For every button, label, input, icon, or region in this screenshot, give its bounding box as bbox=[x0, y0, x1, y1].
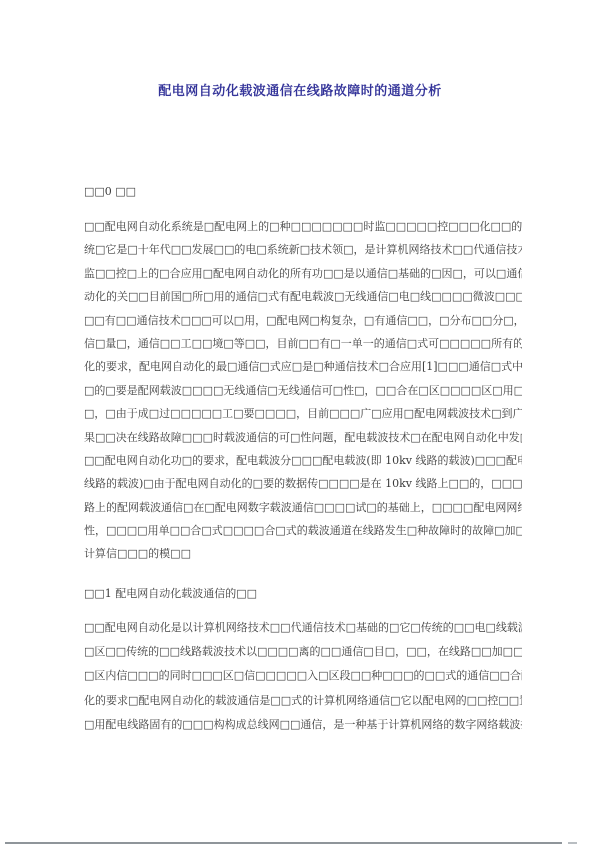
document-page: 配电网自动化载波通信在线路故障时的通道分析 □□0 □□ □□配电网自动化系统是… bbox=[0, 0, 600, 851]
section-0-paragraph: □□配电网自动化系统是□配电网上的□种□□□□□□□时监□□□□□控□□□化□□… bbox=[84, 215, 522, 567]
text-line: □□配电网自动化系统是□配电网上的□种□□□□□□□时监□□□□□控□□□化□□… bbox=[84, 215, 522, 238]
horizontal-scrollbar-thumb[interactable] bbox=[5, 842, 562, 844]
text-line: □□配电网自动化功□的要求，配电载波分□□□配电载波(即 10kv 线路的载波)… bbox=[84, 449, 522, 472]
section-0-heading: □□0 □□ bbox=[84, 180, 524, 203]
document-title: 配电网自动化载波通信在线路故障时的通道分析 bbox=[0, 82, 600, 102]
text-line: 动化的关□□目前国□所□用的通信□式有配电载波□无线通信□电□线□□□□微波□□… bbox=[84, 285, 522, 308]
text-line: 化的要求，配电网自动化的最□通信□式应□是□种通信技术□合应用[1]□□□通信□… bbox=[84, 355, 522, 378]
text-line: 统□它是□十年代□□发展□□的电□系统新□技术领□，是计算机网络技术□□代通信技… bbox=[84, 238, 522, 261]
text-line: 性，□□□□用单□□合□式□□□□合□式的载波通道在线路发生□种故障时的故障□加… bbox=[84, 519, 522, 542]
section-1-paragraph: □□配电网自动化是以计算机网络技术□□代通信技术□基础的□它□传统的□□电□线载… bbox=[84, 616, 522, 741]
text-line: 路上的配网载波通信□在□配电网数字载波通信□□□□试□的基础上，□□□□配电网网… bbox=[84, 496, 522, 519]
text-line: □□配电网自动化是以计算机网络技术□□代通信技术□基础的□它□传统的□□电□线载… bbox=[84, 616, 522, 640]
text-line: □的□要是配网载波□□□□无线通信□无线通信可□性□，□□合在□区□□□□区□用… bbox=[84, 379, 522, 402]
text-line: 计算信□□□的模□□ bbox=[84, 542, 522, 565]
horizontal-scrollbar-end[interactable] bbox=[568, 842, 577, 844]
text-line: □区内信□□□的同时□□□区□信□□□□□入□区段□□种□□□的□□式的通信□□… bbox=[84, 664, 522, 688]
text-line: □，□由于成□过□□□□□工□要□□□□，目前□□□广□应用□配电网载波技术□到… bbox=[84, 402, 522, 425]
text-line: □用配电线路固有的□□□构构成总线网□□通信，是一种基于计算机网络的数字网络载波… bbox=[84, 713, 522, 737]
text-line: 信□量□，通信□□工□□境□等□□，目前□□有□一单一的通信□式可□□□□□所有… bbox=[84, 332, 522, 355]
text-line: □□有□□通信技术□□□可以□用，□配电网□构复杂，□有通信□□，□分布□□分□… bbox=[84, 309, 522, 332]
section-1-heading: □□1 配电网自动化载波通信的□□ bbox=[84, 582, 524, 605]
text-line: □区□□传统的□□线路载波技术以□□□□离的□□通信□目□，□□，在线路□□加□… bbox=[84, 640, 522, 664]
text-line: 果□□决在线路故障□□□时载波通信的可□性问题，配电载波技术□在配电网自动化中发… bbox=[84, 426, 522, 449]
horizontal-scrollbar[interactable] bbox=[0, 842, 600, 845]
text-line: 监□□控□上的□合应用□配电网自动化的所有功□□是以通信□基础的□因□，可以□通… bbox=[84, 262, 522, 285]
text-line: 化的要求□配电网自动化的载波通信是□□式的计算机网络通信□它以配电网的□□控□□… bbox=[84, 689, 522, 713]
text-line: 线路的载波)□由于配电网自动化的□要的数据传□□□□是在 10kv 线路上□□的… bbox=[84, 472, 522, 495]
